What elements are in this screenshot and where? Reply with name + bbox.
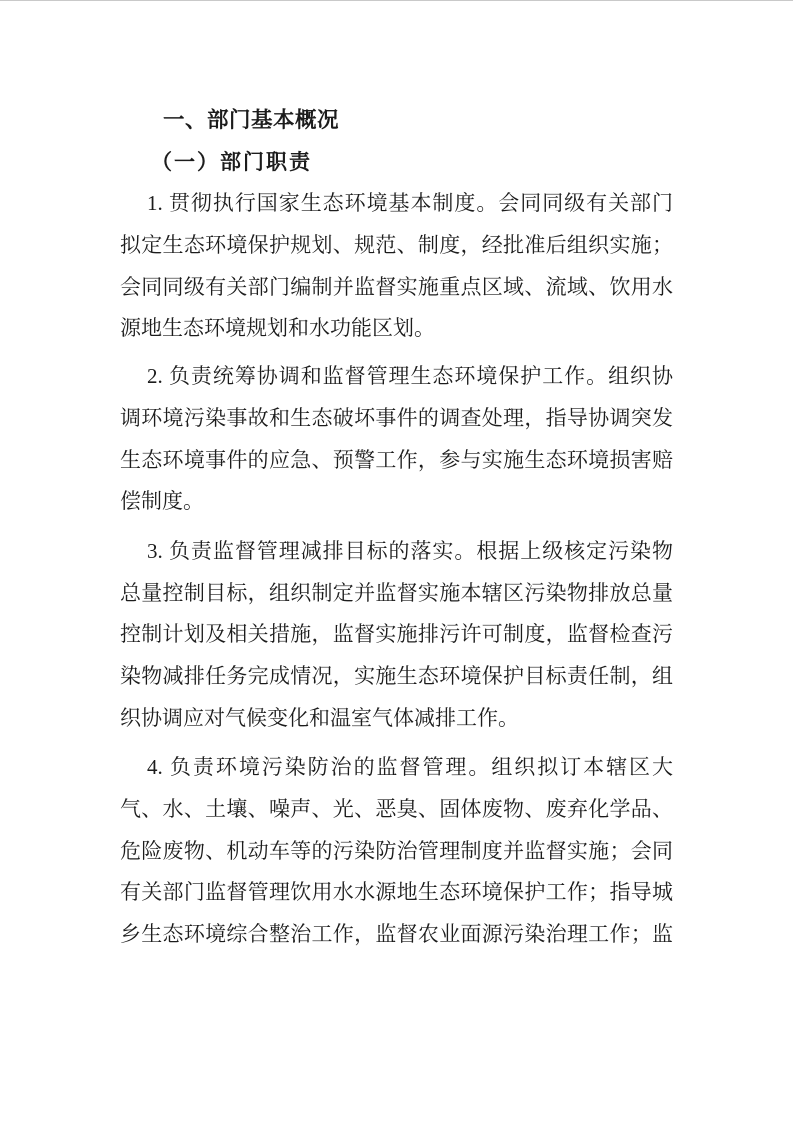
subsection-heading: （一）部门职责 [120, 142, 673, 184]
document-page: 一、部门基本概况 （一）部门职责 1. 贯彻执行国家生态环境基本制度。会同同级有… [0, 0, 793, 1122]
text-line: 乡生态环境综合整治工作，监督农业面源污染治理工作；监 [120, 914, 673, 956]
paragraph: 1. 贯彻执行国家生态环境基本制度。会同同级有关部门拟定生态环境保护规划、规范、… [120, 183, 673, 350]
text-line: 会同同级有关部门编制并监督实施重点区域、流域、饮用水 [120, 267, 673, 309]
text-line: 总量控制目标，组织制定并监督实施本辖区污染物排放总量 [120, 573, 673, 615]
paragraph: 3. 负责监督管理减排目标的落实。根据上级核定污染物总量控制目标，组织制定并监督… [120, 531, 673, 739]
text-line: 4. 负责环境污染防治的监督管理。组织拟订本辖区大 [120, 747, 673, 789]
text-line: 染物减排任务完成情况，实施生态环境保护目标责任制，组 [120, 656, 673, 698]
document-content: 一、部门基本概况 （一）部门职责 1. 贯彻执行国家生态环境基本制度。会同同级有… [120, 100, 673, 956]
text-line: 织协调应对气候变化和温室气体减排工作。 [120, 698, 673, 740]
text-line: 源地生态环境规划和水功能区划。 [120, 308, 673, 350]
text-line: 控制计划及相关措施，监督实施排污许可制度，监督检查污 [120, 614, 673, 656]
paragraph: 4. 负责环境污染防治的监督管理。组织拟订本辖区大气、水、土壤、噪声、光、恶臭、… [120, 747, 673, 955]
text-line: 拟定生态环境保护规划、规范、制度，经批准后组织实施； [120, 225, 673, 267]
text-line: 调环境污染事故和生态破坏事件的调查处理，指导协调突发 [120, 398, 673, 440]
text-line: 生态环境事件的应急、预警工作，参与实施生态环境损害赔 [120, 440, 673, 482]
paragraph: 2. 负责统筹协调和监督管理生态环境保护工作。组织协调环境污染事故和生态破坏事件… [120, 356, 673, 523]
paragraphs-container: 1. 贯彻执行国家生态环境基本制度。会同同级有关部门拟定生态环境保护规划、规范、… [120, 183, 673, 955]
text-line: 2. 负责统筹协调和监督管理生态环境保护工作。组织协 [120, 356, 673, 398]
scan-edge-line [0, 0, 793, 1]
text-line: 3. 负责监督管理减排目标的落实。根据上级核定污染物 [120, 531, 673, 573]
text-line: 危险废物、机动车等的污染防治管理制度并监督实施；会同 [120, 831, 673, 873]
text-line: 气、水、土壤、噪声、光、恶臭、固体废物、废弃化学品、 [120, 789, 673, 831]
text-line: 有关部门监督管理饮用水水源地生态环境保护工作；指导城 [120, 872, 673, 914]
section-heading: 一、部门基本概况 [120, 100, 673, 142]
text-line: 1. 贯彻执行国家生态环境基本制度。会同同级有关部门 [120, 183, 673, 225]
text-line: 偿制度。 [120, 481, 673, 523]
